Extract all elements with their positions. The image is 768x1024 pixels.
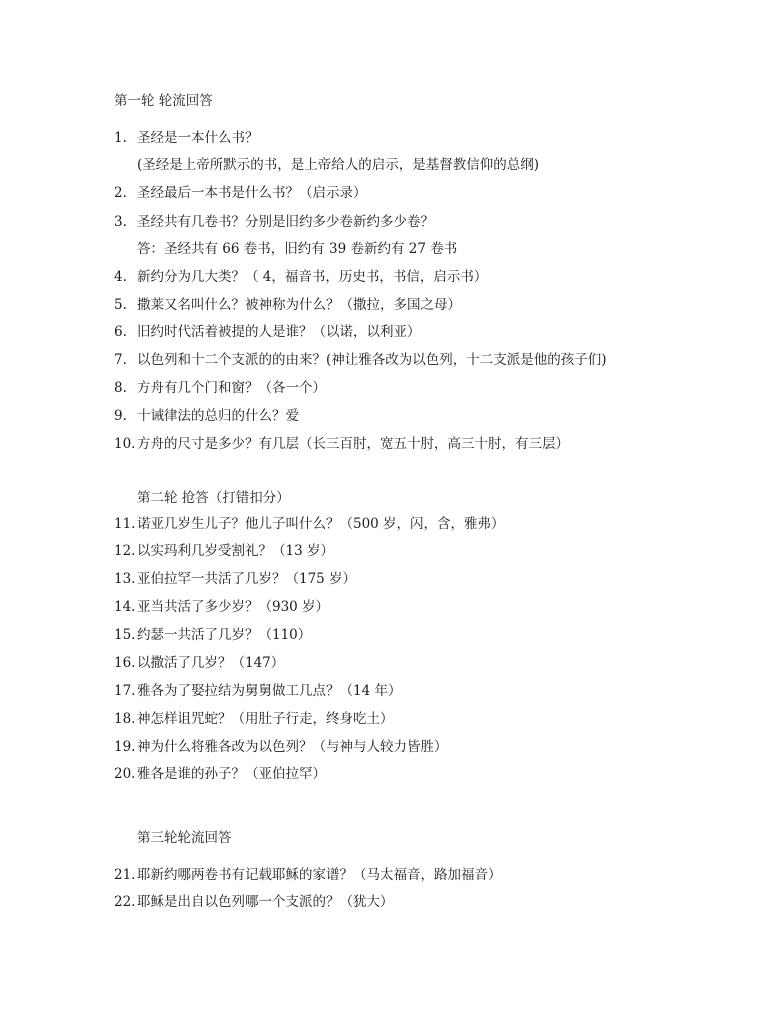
question-text: 十诫律法的总归的什么？爱 [137,407,299,425]
section-heading-round-2: 第二轮 抢答（打错扣分） [137,489,290,507]
question-text: 雅各为了娶拉结为舅舅做工几点？（14 年） [137,682,401,700]
question-text: 以撒活了几岁？（147） [137,654,284,672]
question-text: 约瑟一共活了几岁？（110） [137,626,311,644]
question-number: 11. [114,515,135,533]
section-heading-round-1: 第一轮 轮流回答 [114,92,213,110]
question-number: 14. [114,598,135,616]
question-number: 20. [114,765,135,783]
question-number: 6. [114,323,127,341]
question-text: 旧约时代活着被提的人是谁？（以诺，以利亚） [137,323,421,341]
question-number: 16. [114,654,135,672]
question-number: 22. [114,893,135,911]
question-text: 神为什么将雅各改为以色列？（与神与人较力皆胜） [137,738,448,756]
question-text: 撒莱又名叫什么？被神称为什么？（撒拉，多国之母） [137,296,461,314]
question-number: 5. [114,296,127,314]
question-text: 亚当共活了多少岁？（930 岁） [137,598,329,616]
question-number: 9. [114,407,127,425]
question-text: 新约分为几大类？（ 4，福音书，历史书，书信，启示书） [137,268,487,286]
question-number: 7. [114,351,127,369]
question-text: 以实玛利几岁受割礼？（13 岁） [137,542,334,560]
question-number: 8. [114,379,127,397]
question-text: 亚伯拉罕一共活了几岁？（175 岁） [137,570,356,588]
question-text: 诺亚几岁生儿子？他儿子叫什么？（500 岁，闪，含，雅弗） [137,515,505,533]
question-number: 4. [114,268,127,286]
question-number: 12. [114,542,135,560]
question-text: 耶稣是出自以色列哪一个支派的？（犹大） [137,893,394,911]
question-number: 18. [114,710,135,728]
question-number: 21. [114,866,135,884]
question-text: 圣经是一本什么书？ [137,129,259,147]
section-heading-round-3: 第三轮轮流回答 [137,829,232,847]
question-text: 方舟有几个门和窗？（各一个） [137,379,326,397]
question-number: 10. [114,435,135,453]
question-text: 神怎样诅咒蛇？（用肚子行走，终身吃土） [137,710,394,728]
question-number: 13. [114,570,135,588]
question-text: 雅各是谁的孙子？（亚伯拉罕） [137,765,326,783]
question-number: 17. [114,682,135,700]
answer-text: 答：圣经共有 66 卷书，旧约有 39 卷新约有 27 卷书 [137,240,457,258]
question-text: 耶新约哪两卷书有记载耶稣的家谱？（马太福音，路加福音） [137,866,502,884]
question-number: 19. [114,738,135,756]
question-number: 1. [114,129,127,147]
question-text: 圣经共有几卷书？分别是旧约多少卷新约多少卷？ [137,213,434,231]
question-number: 2. [114,184,127,202]
question-text: 以色列和十二个支派的的由来？(神让雅各改为以色列，十二支派是他的孩子们) [137,351,607,369]
question-number: 15. [114,626,135,644]
question-text: 方舟的尺寸是多少？有几层（长三百肘，宽五十肘，高三十肘，有三层） [137,435,569,453]
question-number: 3. [114,213,127,231]
question-text: 圣经最后一本书是什么书？（启示录） [137,184,367,202]
answer-text: (圣经是上帝所默示的书，是上帝给人的启示，是基督教信仰的总纲) [137,156,539,174]
